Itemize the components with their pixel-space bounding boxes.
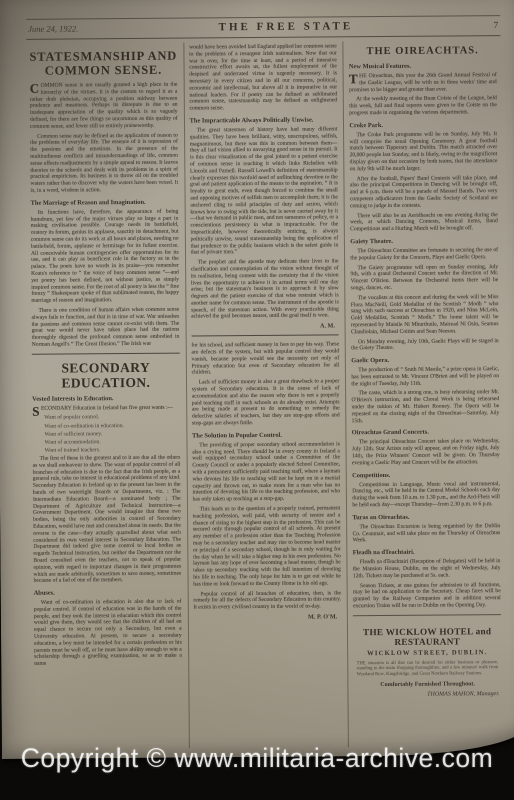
crosshead-gaiety-theatre: Gaiety Theatre. — [350, 237, 498, 245]
advert-manager: THOMAS MAHON, Manager. — [354, 691, 500, 698]
crosshead-vested-interests: Vested Interests in Education. — [32, 394, 180, 402]
article-divider — [191, 335, 339, 337]
paragraph: The vocalists at this concert and during… — [351, 294, 499, 336]
column-left: STATESMANSHIP AND COMMON SENSE. COMMON s… — [24, 43, 188, 750]
advert-address: WICKLOW STREET, DUBLIN. — [353, 649, 501, 657]
paragraph: SECONDARY Education in Ireland has five … — [32, 404, 180, 412]
paragraph: for his school, and sufficient money in … — [191, 342, 339, 377]
paragraph: The great statesmen of history have had … — [190, 126, 339, 256]
paragraph: Common sense may be defined as the appli… — [30, 132, 178, 194]
crosshead-impracticable: The Impracticable Always Politically Unw… — [190, 116, 338, 124]
advert-body: THE situation is all that can be desired… — [357, 660, 499, 678]
newspaper-title: THE FREE STATE — [219, 20, 354, 33]
paragraph: COMMON sense is not usually granted a hi… — [30, 82, 178, 131]
author-initials: A. M. — [191, 323, 335, 331]
wants-list: Want of popular control. Want of co-ordi… — [32, 414, 180, 454]
column-right: THE OIREACHTAS. New Musical Features. TH… — [343, 40, 508, 747]
paragraph: Its functions have, therefore, the appea… — [31, 208, 179, 304]
crosshead-marriage-of-reason: The Marriage of Reason and Imagination. — [31, 198, 179, 206]
paragraph: At the weekly meeting of the Buan Coiste… — [349, 96, 497, 118]
paragraph: The Croke Park programme will be on Sund… — [349, 131, 497, 173]
paragraph: There is one condition of human affairs … — [31, 307, 179, 349]
paragraph: The providing of proper secondary school… — [192, 441, 340, 503]
page-number: 7 — [493, 21, 498, 31]
wicklow-hotel-advert: THE WICKLOW HOTEL and RESTAURANT WICKLOW… — [353, 620, 501, 698]
headline-line-1: STATESMANSHIP AND — [29, 49, 177, 64]
advert-slogan: Comfortably Furnished Throughout. — [354, 681, 502, 688]
crosshead-competitions: Competitions. — [352, 471, 500, 479]
columns: STATESMANSHIP AND COMMON SENSE. COMMON s… — [24, 40, 508, 750]
paragraph: Want of co-ordination in education is al… — [34, 599, 182, 668]
paragraph: Season Tickets, at one guinea for admiss… — [353, 582, 501, 610]
list-item: Want of accommodation. — [44, 438, 180, 446]
issue-date: June 24, 1922. — [28, 23, 78, 33]
author-initials: M. P. O'M. — [194, 613, 338, 621]
crosshead-new-musical-features: New Musical Features. — [349, 62, 497, 70]
paragraph: After the football, Pipers' Band Contest… — [350, 175, 498, 210]
headline-oireachtas: THE OIREACHTAS. — [349, 45, 497, 58]
advert-divider — [353, 614, 501, 616]
photo-frame: June 24, 1922. THE FREE STATE 7 STATESMA… — [0, 0, 514, 800]
paragraph: Lack of sufficient money is also a great… — [192, 379, 340, 428]
crosshead-fleadh: Fleadh na dTeachtairi. — [353, 548, 501, 556]
paragraph: On Monday evening, July 10th, Gaelic Pla… — [351, 338, 499, 353]
crosshead-grand-concerts: Oireachtas Grand Concerts. — [352, 429, 500, 437]
list-item: Want of co-ordination in education. — [44, 422, 180, 430]
paragraph: The Oireachtas Committee are fortunate i… — [350, 247, 498, 262]
paragraph: Fleadh na dTeachtairi (Reception of Dele… — [353, 558, 501, 580]
crosshead-gaelic-opera: Gaelic Opera. — [351, 356, 499, 364]
paragraph: would have been avoided had England appl… — [189, 43, 337, 112]
crosshead-croke-park: Croke Park. — [349, 121, 497, 129]
paragraph: There will also be an Aeridheacht on one… — [350, 212, 498, 234]
paragraph: The production of “ Sruth Ní Maoile,” a … — [351, 366, 499, 388]
headline-statesmanship: STATESMANSHIP AND COMMON SENSE. — [29, 49, 177, 78]
paragraph: The first of these is the greatest and t… — [33, 455, 182, 585]
list-item: Want of trained teachers. — [45, 446, 181, 454]
paragraph: This leads us to the question of a prope… — [193, 505, 341, 588]
list-item: Want of popular control. — [44, 414, 180, 422]
advert-title: THE WICKLOW HOTEL and RESTAURANT — [353, 626, 501, 647]
paragraph: The caste, which is a strong one, is bus… — [351, 390, 499, 425]
paragraph: The prophet and the apostle may dedicate… — [191, 258, 339, 320]
paragraph: Competitions in Language, Music vocal an… — [352, 481, 500, 509]
crosshead-abuses: Abuses. — [34, 589, 182, 597]
paragraph: The principal Oireachtas Concert takes p… — [352, 439, 500, 467]
headline-line-2: COMMON SENSE. — [30, 63, 178, 78]
masthead: June 24, 1922. THE FREE STATE 7 — [26, 15, 500, 40]
crosshead-solution-popular-control: The Solution in Popular Control. — [192, 431, 340, 439]
paragraph: Popular control of all branches of educa… — [193, 590, 341, 612]
article-divider — [32, 352, 180, 354]
paragraph: THE Oireachtas, this year the 26th Grand… — [349, 72, 497, 94]
crosshead-turas: Turas an Oireachtas. — [352, 513, 500, 521]
list-item: Want of sufficient money. — [44, 430, 180, 438]
paragraph: The Oireachtas Excursion is being organi… — [352, 523, 500, 545]
headline-secondary-education: SECONDARY EDUCATION. — [32, 359, 180, 390]
newspaper-page: June 24, 1922. THE FREE STATE 7 STATESMA… — [0, 0, 514, 759]
column-middle: would have been avoided had England appl… — [183, 41, 348, 748]
paragraph: The Gaiety programme will open on Sunday… — [350, 264, 498, 292]
